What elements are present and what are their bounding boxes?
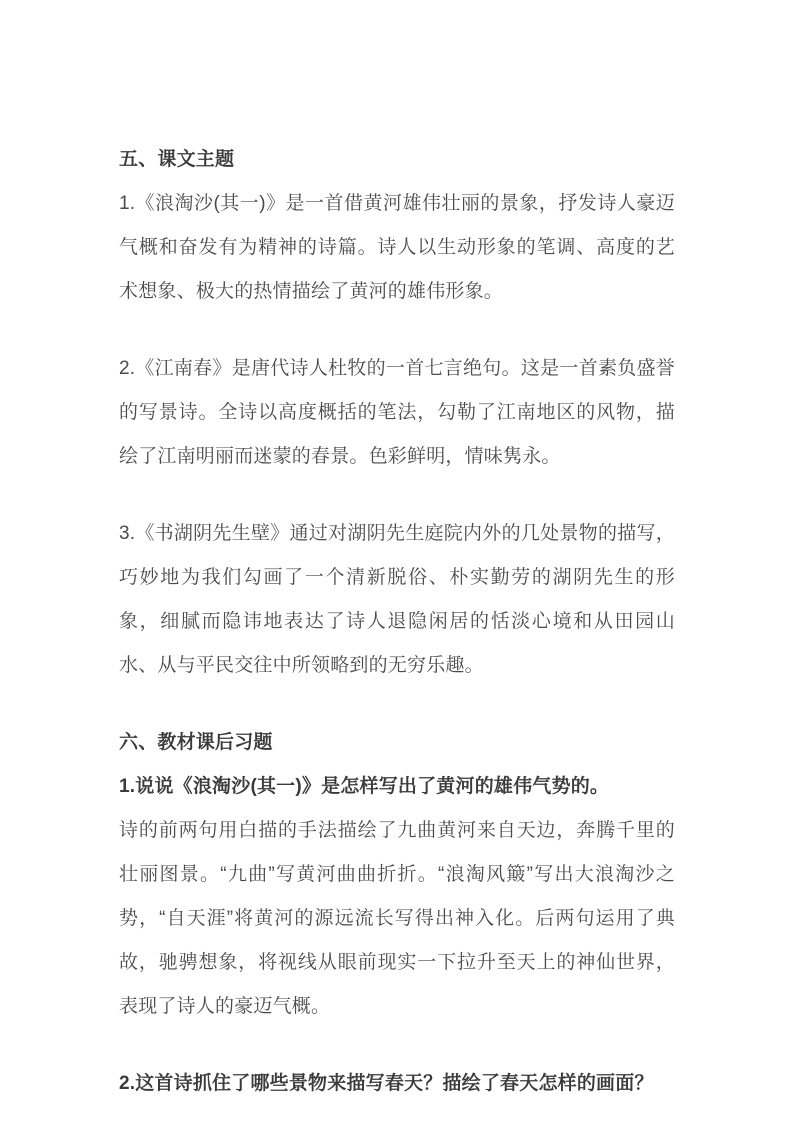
exercise-question-1: 1.说说《浪淘沙(其一)》是怎样写出了黄河的雄伟气势的。	[119, 765, 675, 809]
exercise-question-2: 2.这首诗抓住了哪些景物来描写春天？描绘了春天怎样的画面？	[119, 1062, 675, 1106]
section-heading-text-themes: 五、课文主题	[119, 138, 675, 182]
paragraph-jiangnanchun-theme: 2.《江南春》是唐代诗人杜牧的一首七言绝句。这是一首素负盛誉的写景诗。全诗以高度…	[119, 347, 675, 479]
section-heading-textbook-exercises: 六、教材课后习题	[119, 721, 675, 765]
paragraph-langtaosha-theme: 1.《浪淘沙(其一)》是一首借黄河雄伟壮丽的景象，抒发诗人豪迈气概和奋发有为精神…	[119, 182, 675, 314]
document-page: 五、课文主题 1.《浪淘沙(其一)》是一首借黄河雄伟壮丽的景象，抒发诗人豪迈气概…	[0, 0, 793, 1122]
paragraph-shuhuyin-theme: 3.《书湖阴先生壁》通过对湖阴先生庭院内外的几处景物的描写，巧妙地为我们勾画了一…	[119, 512, 675, 688]
exercise-answer-1: 诗的前两句用白描的手法描绘了九曲黄河来自天边，奔腾千里的壮丽图景。“九曲”写黄河…	[119, 809, 675, 1029]
